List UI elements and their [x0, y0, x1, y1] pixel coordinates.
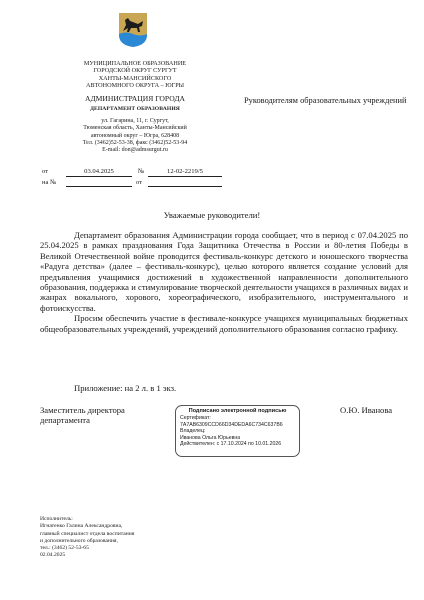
- greeting: Уважаемые руководители!: [0, 210, 424, 220]
- address-line: Тел. (3462)52-53-38, факс (3462)52-53-94: [40, 140, 230, 147]
- coat-of-arms-icon: [118, 12, 148, 48]
- signer-position: Заместитель директора департамента: [40, 405, 125, 426]
- executor-phone: тел.: (3462) 52-53-65: [40, 545, 134, 552]
- e-signature-stamp: Подписано электронной подписью Сертифика…: [175, 405, 300, 457]
- executor-block: Исполнитель: Игнатенко Галина Александро…: [40, 516, 134, 560]
- address-line: автономный округ – Югра, 628408: [40, 133, 230, 140]
- date-label: от: [42, 168, 48, 175]
- position-line: департамента: [40, 415, 125, 425]
- address-line: Тюменская область, Ханты-Мансийский: [40, 125, 230, 132]
- email-line: E-mail: don@admsurgut.ru: [40, 147, 230, 154]
- executor-date: 02.04.2025: [40, 552, 134, 559]
- executor-name: Игнатенко Галина Александровна,: [40, 523, 134, 530]
- org-line: ХАНТЫ-МАНСИЙСКОГО: [40, 75, 230, 82]
- ref-date: [148, 178, 222, 187]
- body-paragraph: Департамент образования Администрации го…: [40, 230, 408, 313]
- ref-label: на №: [42, 179, 56, 186]
- address-block: ул. Гагарина, 11, г. Сургут, Тюменская о…: [40, 118, 230, 154]
- letter-body: Департамент образования Администрации го…: [40, 230, 408, 334]
- org-header: МУНИЦИПАЛЬНОЕ ОБРАЗОВАНИЕ ГОРОДСКОЙ ОКРУ…: [40, 60, 230, 90]
- position-line: Заместитель директора: [40, 405, 125, 415]
- executor-position: главный специалист отдела воспитания: [40, 531, 134, 538]
- body-paragraph: Просим обеспечить участие в фестивале-ко…: [40, 313, 408, 334]
- stamp-title: Подписано электронной подписью: [180, 408, 295, 414]
- reg-date: 03.04.2025: [66, 168, 132, 177]
- ref-from-label: от: [136, 179, 142, 186]
- validity: Действителен: с 17.10.2024 по 10.01.2026: [180, 441, 295, 447]
- reg-number: 12-02-2219/5: [148, 168, 222, 177]
- department-title: ДЕПАРТАМЕНТ ОБРАЗОВАНИЯ: [40, 106, 230, 112]
- signer-name: О.Ю. Иванова: [340, 405, 392, 415]
- org-line: АВТОНОМНОГО ОКРУГА – ЮГРЫ: [40, 82, 230, 89]
- ref-number: [66, 178, 132, 187]
- administration-title: АДМИНИСТРАЦИЯ ГОРОДА: [40, 94, 230, 103]
- executor-label: Исполнитель:: [40, 516, 134, 523]
- org-line: ГОРОДСКОЙ ОКРУГ СУРГУТ: [40, 67, 230, 74]
- number-label: №: [138, 168, 144, 175]
- recipient: Руководителям образовательных учреждений: [244, 96, 419, 106]
- appendix-note: Приложение: на 2 л. в 1 экз.: [74, 383, 176, 393]
